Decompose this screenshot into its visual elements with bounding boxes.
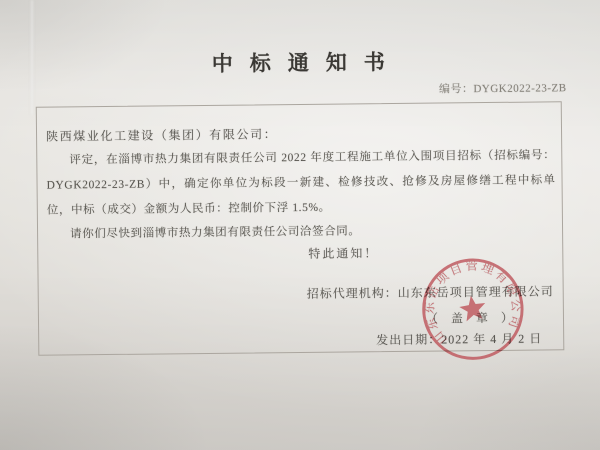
award-paragraph: 评定，在淄博市热力集团有限责任公司 2022 年度工程施工单位入围项目招标（招标… — [46, 143, 556, 223]
reference-number: 编号：DYGK2022-23-ZB — [439, 79, 567, 96]
bid-notice-sheet: 中标通知书 编号：DYGK2022-23-ZB 陕西煤业化工建设（集团）有限公司… — [0, 0, 600, 450]
document-photo: 中标通知书 编号：DYGK2022-23-ZB 陕西煤业化工建设（集团）有限公司… — [0, 0, 600, 450]
issue-date-line: 发出日期：2022 年 4 月 2 日 — [376, 326, 542, 353]
agency-line: 招标代理机构：山东东岳项目管理有限公司 — [307, 279, 554, 307]
addressee-line: 陕西煤业化工建设（集团）有限公司： — [46, 122, 277, 149]
closing-statement: 特此通知！ — [308, 241, 378, 267]
contract-paragraph: 请你们尽快到淄博市热力集团有限责任公司洽签合同。 — [47, 217, 556, 247]
body-border-frame: 陕西煤业化工建设（集团）有限公司： 评定，在淄博市热力集团有限责任公司 2022… — [36, 101, 565, 355]
document-title: 中标通知书 — [0, 44, 598, 80]
